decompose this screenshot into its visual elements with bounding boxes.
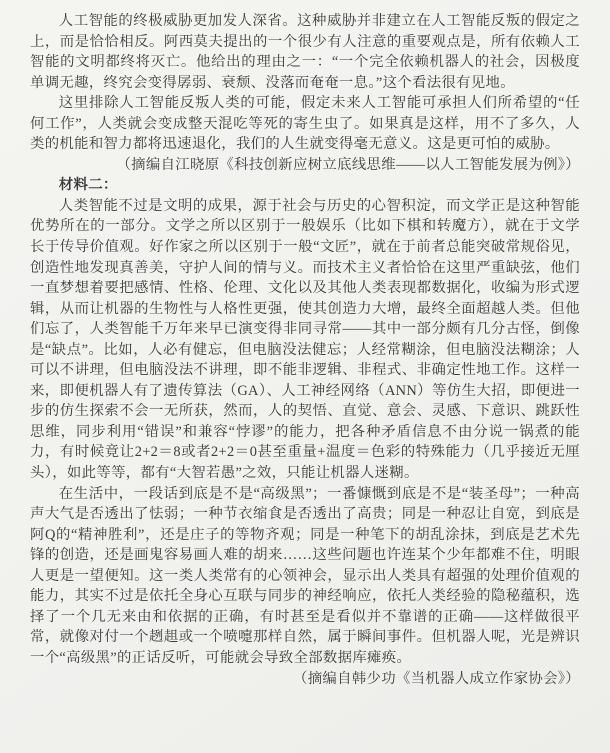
material2-paragraph-human-intelligence: 人类智能不过是文明的成果，源于社会与历史的心智积淀，而文学正是这种智能优势所在的… xyxy=(30,196,580,484)
material1-paragraph-ai-ultimate-threat: 人工智能的终极威胁更加发人深省。这种威胁并非建立在人工智能反叛的假定之上，而是恰… xyxy=(30,11,580,93)
material1-source-citation: （摘编自江晓原《科技创新应树立底线思维——以人工智能发展为例》） xyxy=(30,155,580,176)
document-page: 人工智能的终极威胁更加发人深省。这种威胁并非建立在人工智能反叛的假定之上，而是恰… xyxy=(0,0,610,753)
material2-section-heading: 材料二： xyxy=(30,175,580,196)
material2-paragraph-daily-life-examples: 在生活中，一段话到底是不是“高级黑”；一番慷慨到底是不是“装圣母”；一种高声大气… xyxy=(30,484,580,669)
material2-source-citation: （摘编自韩少功《当机器人成立作家协会》） xyxy=(30,669,580,690)
material1-paragraph-parasite-warning: 这里排除人工智能反叛人类的可能，假定未来人工智能可承担人们所希望的“任何工作”，… xyxy=(30,93,580,155)
